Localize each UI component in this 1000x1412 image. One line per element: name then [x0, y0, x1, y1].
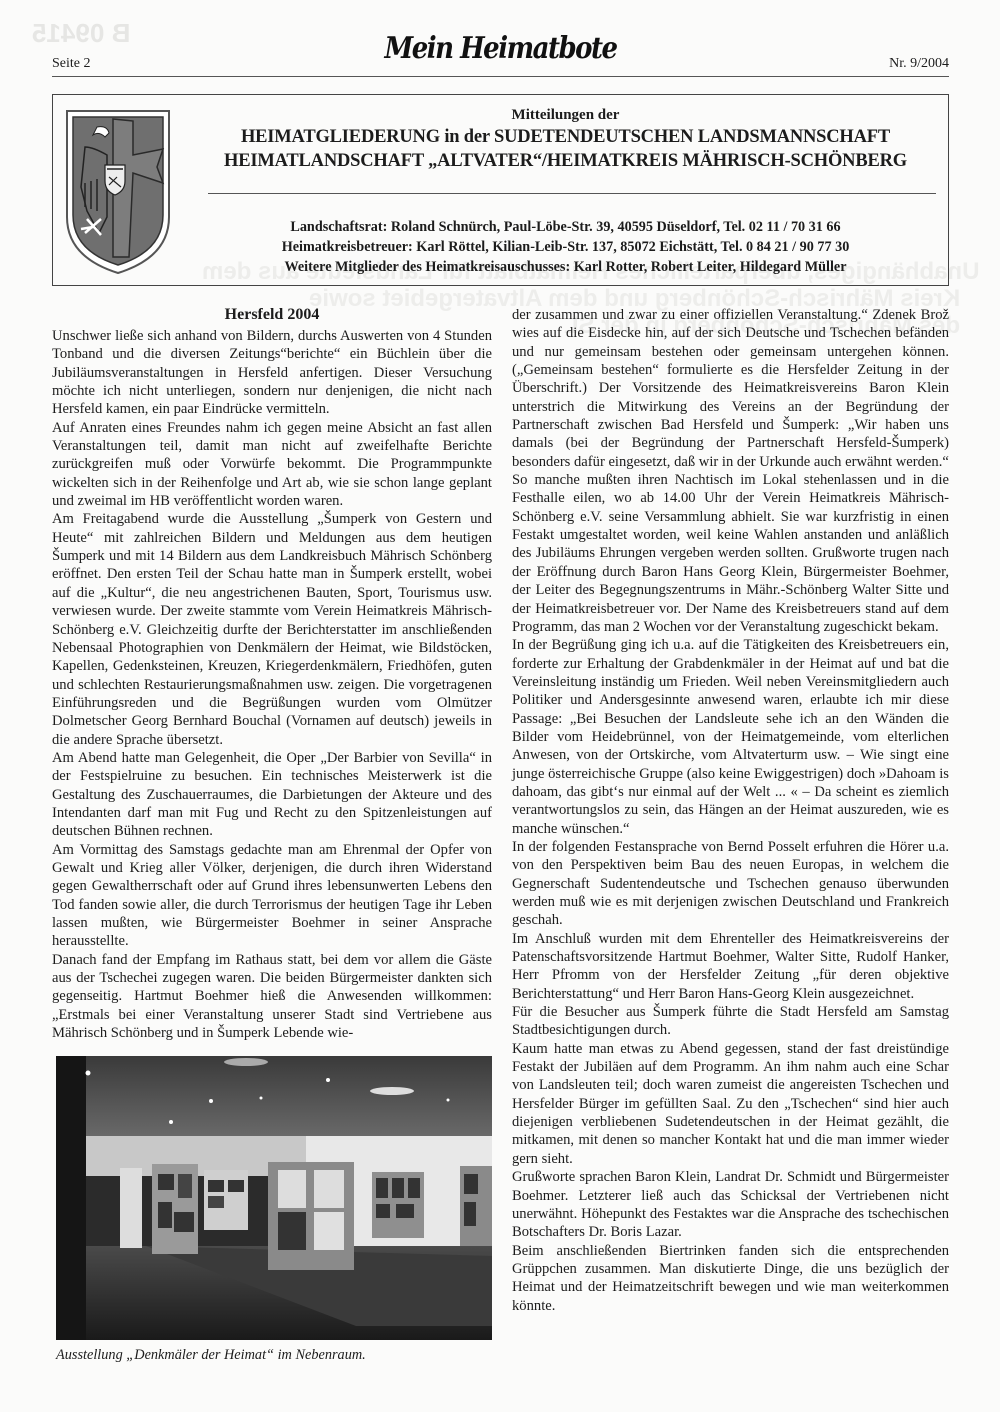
- contact-landschaftsrat: Landschaftsrat: Roland Schnürch, Paul-Lö…: [193, 217, 938, 237]
- article-paragraph: Für die Besucher aus Šumperk führte die …: [512, 1003, 949, 1040]
- article-paragraph: Am Freitagabend wurde die Ausstellung „Š…: [52, 510, 492, 748]
- header-title-line1: HEIMATGLIEDERUNG in der SUDETENDEUTSCHEN…: [193, 127, 938, 148]
- article-title: Hersfeld 2004: [52, 305, 492, 325]
- photo-caption: Ausstellung „Denkmäler der Heimat“ im Ne…: [56, 1347, 366, 1364]
- article-paragraph: Kaum hatte man etwas zu Abend gegessen, …: [512, 1040, 949, 1168]
- article-paragraph: Unschwer ließe sich anhand von Bildern, …: [52, 327, 492, 419]
- exhibition-photo: [56, 1056, 492, 1340]
- page-number: Seite 2: [52, 56, 91, 72]
- article-paragraph: Beim anschließenden Biertrinken fanden s…: [512, 1242, 949, 1315]
- header-intro: Mitteilungen der: [193, 107, 938, 124]
- header-title-line2: HEIMATLANDSCHAFT „ALTVATER“/HEIMATKREIS …: [193, 151, 938, 172]
- article-paragraph: In der Begrüßung ging ich u.a. auf die T…: [512, 636, 949, 838]
- article-paragraph: Auf Anraten eines Freundes nahm ich gege…: [52, 419, 492, 511]
- contact-heimatkreisbetreuer: Heimatkreisbetreuer: Karl Röttel, Kilian…: [193, 237, 938, 257]
- masthead: Seite 2 Mein Heimatbote Nr. 9/2004: [52, 40, 949, 77]
- article-paragraph: Danach fand der Empfang im Rathaus statt…: [52, 951, 492, 1043]
- header-divider: [208, 193, 936, 194]
- contact-committee-members: Weitere Mitglieder des Heimatkreisauschu…: [193, 257, 938, 277]
- article-paragraph: der zusammen und zwar zu einer offiziell…: [512, 306, 949, 471]
- article-paragraph: Im Anschluß wurden mit dem Ehrenteller d…: [512, 930, 949, 1003]
- header-contacts: Landschaftsrat: Roland Schnürch, Paul-Lö…: [193, 217, 938, 277]
- article-column-right: der zusammen und zwar zu einer offiziell…: [512, 306, 949, 1315]
- article-column-left: Hersfeld 2004 Unschwer ließe sich anhand…: [52, 305, 492, 1042]
- article-paragraph: So manche mußten ihren Nachtisch im Loka…: [512, 471, 949, 636]
- article-paragraph: Am Vormittag des Samstags gedachte man a…: [52, 841, 492, 951]
- exhibition-hall-image: [56, 1056, 492, 1340]
- coat-of-arms-icon: [63, 107, 173, 275]
- publication-logo: Mein Heimatbote: [384, 32, 616, 67]
- association-header-box: Mitteilungen der HEIMATGLIEDERUNG in der…: [52, 94, 949, 286]
- article-paragraph: Grußworte sprachen Baron Klein, Landrat …: [512, 1168, 949, 1241]
- article-paragraph: In der folgenden Festansprache von Bernd…: [512, 838, 949, 930]
- article-paragraph: Am Abend hatte man Gelegenheit, die Oper…: [52, 749, 492, 841]
- issue-number: Nr. 9/2004: [889, 56, 949, 72]
